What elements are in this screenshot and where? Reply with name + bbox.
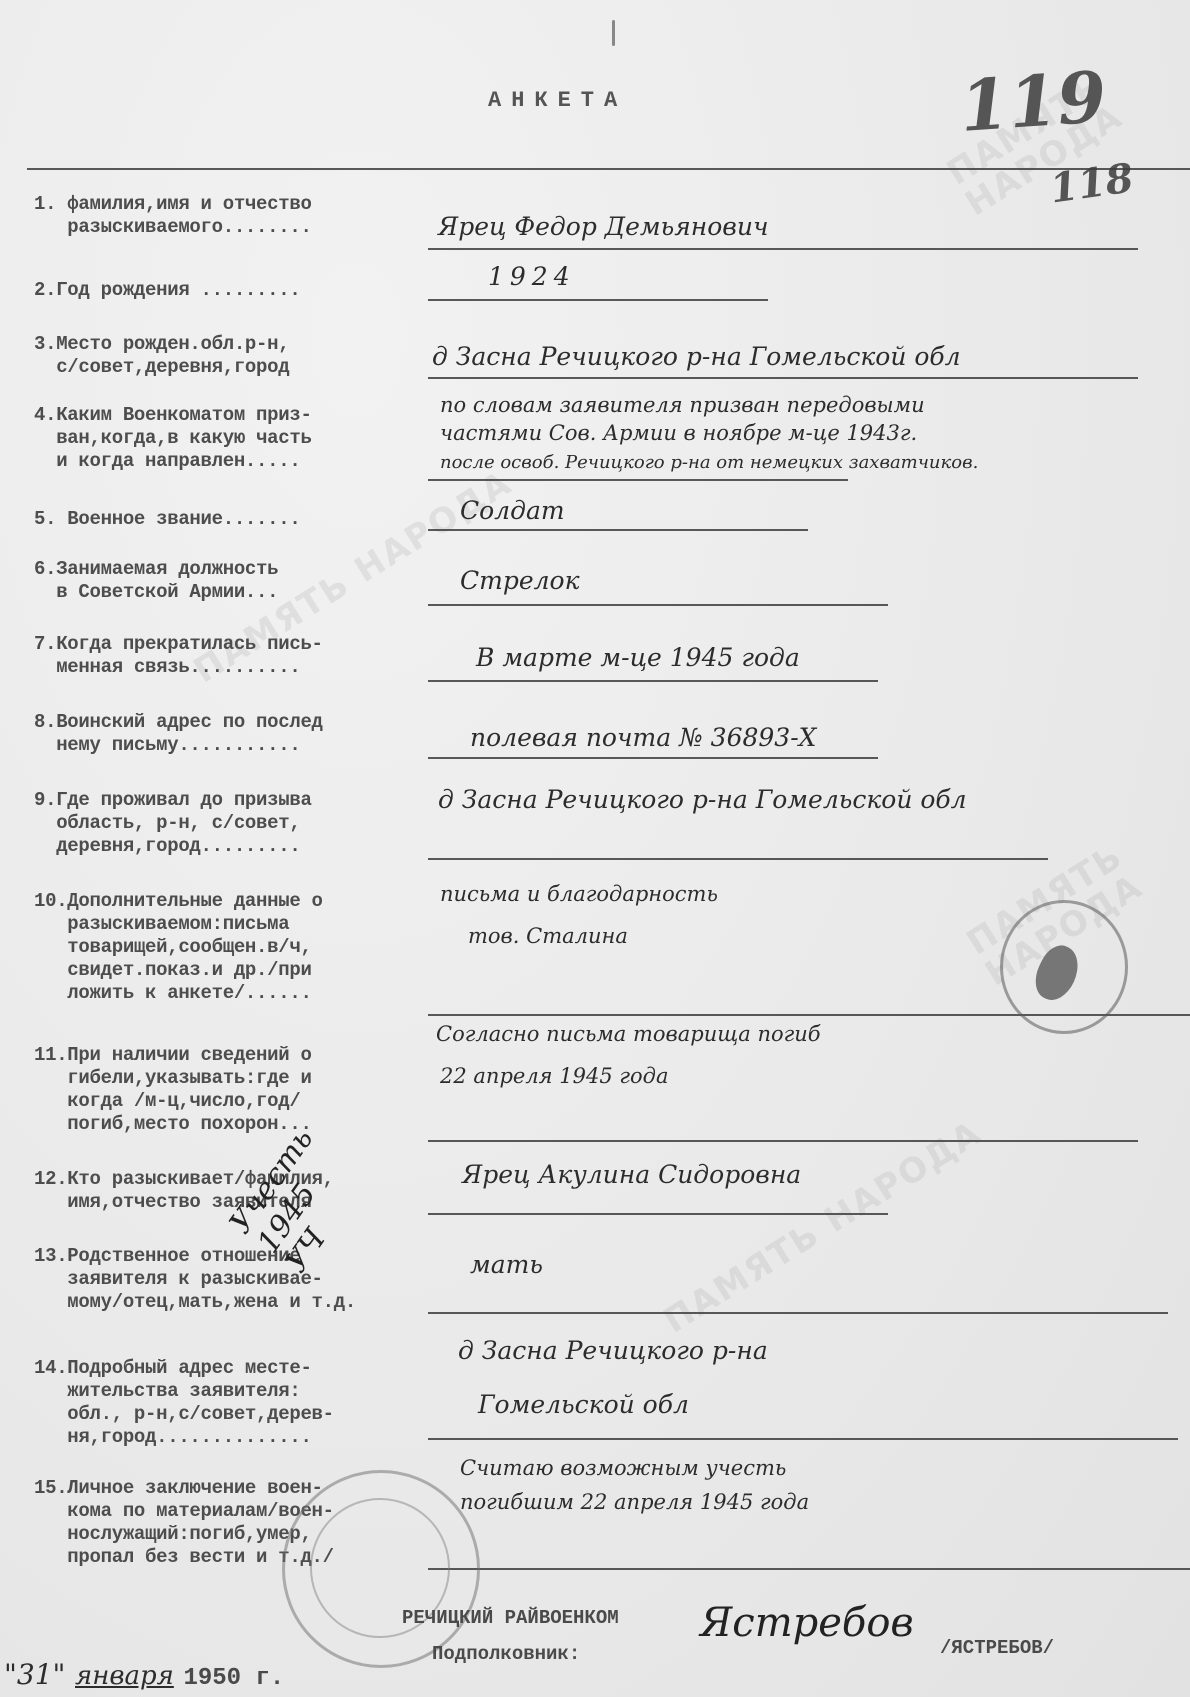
military-office-title: РЕЧИЦКИЙ РАЙВОЕНКОМ bbox=[402, 1607, 619, 1629]
field-value-8: полевая почта № 36893-Х bbox=[470, 723, 816, 752]
officer-printed-name: /ЯСТРЕБОВ/ bbox=[940, 1637, 1054, 1659]
field-value-14-line-1: д Засна Речицкого р-на bbox=[458, 1336, 768, 1365]
officer-signature: Ястребов bbox=[700, 1600, 914, 1646]
document-page: ПАМЯТЬ НАРОДА ПАМЯТЬ НАРОДА ПАМЯТЬ НАРОД… bbox=[0, 0, 1190, 1697]
field-value-4-line-2: частями Сов. Армии в ноябре м-це 1943г. bbox=[440, 421, 917, 445]
field-value-1: Ярец Федор Демьянович bbox=[438, 212, 769, 241]
field-value-2: 1924 bbox=[488, 262, 576, 291]
field-value-13: мать bbox=[470, 1250, 543, 1279]
answer-line-2 bbox=[428, 299, 768, 301]
answer-line-4 bbox=[428, 479, 848, 481]
field-value-5: Солдат bbox=[460, 496, 565, 525]
page-mark bbox=[612, 20, 615, 46]
corner-number-secondary: 118 bbox=[1047, 154, 1136, 212]
field-label-2: 2.Год рождения ......... bbox=[34, 279, 434, 302]
answer-line-3 bbox=[428, 377, 1138, 379]
field-value-4-line-3: после освоб. Речицкого р-на от немецких … bbox=[440, 452, 978, 473]
answer-line-6 bbox=[428, 604, 888, 606]
answer-line-12 bbox=[428, 1213, 888, 1215]
field-label-8: 8.Воинский адрес по послед нему письму..… bbox=[34, 711, 434, 757]
field-label-7: 7.Когда прекратилась пись- менная связь.… bbox=[34, 633, 434, 679]
field-value-7: В марте м-це 1945 года bbox=[476, 643, 800, 672]
field-value-4-line-1: по словам заявителя призван передовыми bbox=[440, 393, 925, 417]
header-rule bbox=[27, 168, 1190, 170]
corner-number-primary: 119 bbox=[957, 55, 1109, 148]
document-date: "31" января 1950 г. bbox=[4, 1658, 284, 1692]
field-value-10-line-1: письма и благодарность bbox=[440, 882, 718, 906]
field-label-14: 14.Подробный адрес месте- жительства зая… bbox=[34, 1357, 434, 1449]
field-value-11-line-2: 22 апреля 1945 года bbox=[440, 1064, 668, 1088]
field-label-4: 4.Каким Военкоматом приз- ван,когда,в ка… bbox=[34, 404, 434, 473]
field-label-9: 9.Где проживал до призыва область, р-н, … bbox=[34, 789, 434, 858]
date-month: января bbox=[75, 1661, 174, 1691]
field-label-13: 13.Родственное отношение заявителя к раз… bbox=[34, 1245, 434, 1314]
document-title: АНКЕТА bbox=[488, 88, 627, 113]
answer-line-15 bbox=[428, 1568, 1190, 1570]
field-value-3: д Засна Речицкого р-на Гомельской обл bbox=[432, 342, 961, 371]
field-label-1: 1. фамилия,имя и отчество разыскиваемого… bbox=[34, 193, 434, 239]
date-year: 1950 г. bbox=[183, 1665, 284, 1692]
officer-rank: Подполковник: bbox=[432, 1643, 580, 1665]
answer-line-8 bbox=[428, 757, 878, 759]
field-value-11-line-1: Согласно письма товарища погиб bbox=[436, 1022, 821, 1046]
field-value-10-line-2: тов. Сталина bbox=[468, 924, 628, 948]
watermark: ПАМЯТЬ НАРОДА bbox=[658, 1115, 988, 1340]
field-label-11: 11.При наличии сведений о гибели,указыва… bbox=[34, 1044, 434, 1136]
answer-line-7 bbox=[428, 680, 878, 682]
field-label-3: 3.Место рожден.обл.р-н, с/совет,деревня,… bbox=[34, 333, 434, 379]
field-value-14-line-2: Гомельской обл bbox=[478, 1390, 689, 1419]
field-value-15-line-1: Считаю возможным учесть bbox=[460, 1456, 786, 1480]
field-label-5: 5. Военное звание....... bbox=[34, 508, 434, 531]
field-value-12: Ярец Акулина Сидоровна bbox=[462, 1160, 801, 1189]
answer-line-5 bbox=[428, 529, 808, 531]
answer-line-11 bbox=[428, 1140, 1138, 1142]
answer-line-14 bbox=[428, 1438, 1178, 1440]
answer-line-13 bbox=[428, 1312, 1168, 1314]
date-day: "31" bbox=[4, 1658, 65, 1691]
answer-line-1 bbox=[428, 248, 1138, 250]
field-value-6: Стрелок bbox=[460, 566, 580, 595]
field-value-9: д Засна Речицкого р-на Гомельской обл bbox=[438, 785, 967, 814]
answer-line-9 bbox=[428, 858, 1048, 860]
field-label-6: 6.Занимаемая должность в Советской Армии… bbox=[34, 558, 434, 604]
field-label-10: 10.Дополнительные данные о разыскиваемом… bbox=[34, 890, 434, 1005]
field-value-15-line-2: погибшим 22 апреля 1945 года bbox=[460, 1490, 809, 1514]
